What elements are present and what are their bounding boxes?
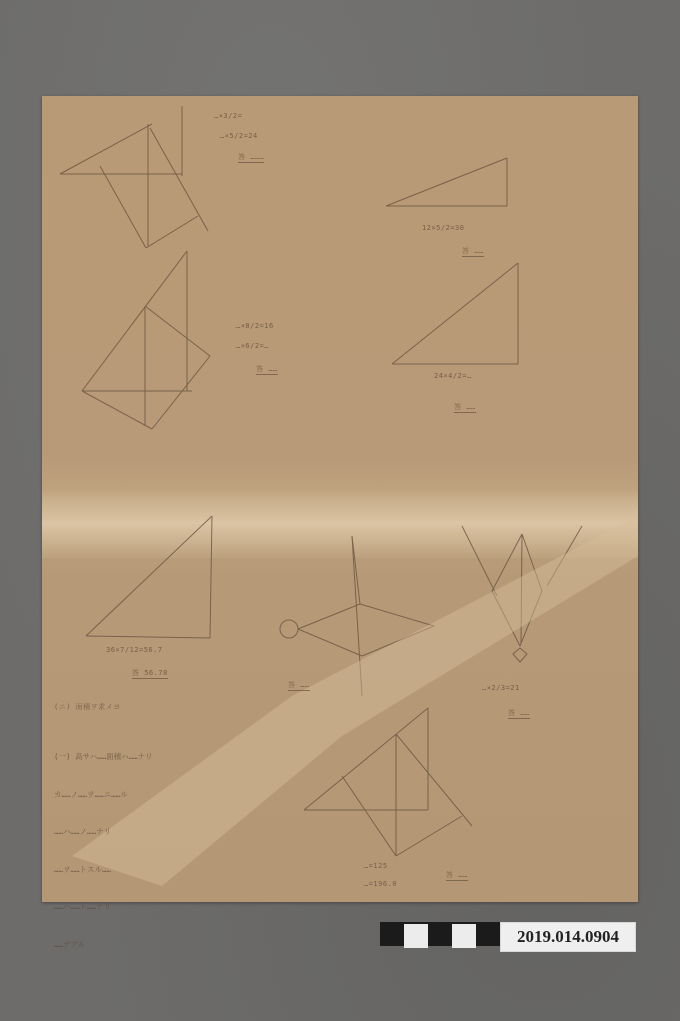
paragraph-line: ……ハ……ノ……ナリ	[54, 826, 264, 839]
calc-note: …×2/3=21	[482, 684, 520, 692]
calc-note: …×5/2=24	[220, 132, 258, 140]
accession-number-label: 2019.014.0904	[500, 922, 636, 952]
diagram-top-right-triangle	[386, 158, 507, 206]
answer-note: 答 ……	[462, 246, 484, 257]
handwritten-paragraph: (一) 高サハ……面積ハ……ナリ カ……ノ……ヲ……ニ……ル ……ハ……ノ……ナ…	[54, 726, 264, 976]
calc-note: …×8/2=16	[236, 322, 274, 330]
calc-note: …×6/2=…	[236, 342, 269, 350]
diagram-top-left-construction	[60, 106, 208, 248]
calc-note: …=196.0	[364, 880, 397, 888]
diagram-mid-left-rhombus	[82, 251, 210, 429]
paragraph-line: カ……ノ……ヲ……ニ……ル	[54, 789, 264, 802]
answer-note: 答 ……	[446, 870, 468, 881]
paragraph-line: (一) 高サハ……面積ハ……ナリ	[54, 751, 264, 764]
answer-note: 答 56.78	[132, 668, 168, 679]
paragraph-heading: (ニ) 面積ヲ求メヨ	[54, 702, 121, 712]
color-scale-bar	[380, 922, 500, 946]
paragraph-line: ……デアル	[54, 939, 264, 952]
calc-note: …=125	[364, 862, 388, 870]
calc-note: 36×7/12=56.7	[106, 646, 163, 654]
diagram-mid-right-triangle	[392, 263, 518, 364]
diagram-lower-left-triangle	[86, 516, 212, 638]
calc-note: 12×5/2=30	[422, 224, 464, 232]
calc-note: 24×4/2=…	[434, 372, 472, 380]
answer-note: 答 ……	[454, 402, 476, 413]
worksheet-paper: …×3/2= …×5/2=24 答 ……… 12×5/2=30 答 …… …×8…	[42, 96, 638, 902]
answer-note: 答 ……	[288, 680, 310, 691]
paragraph-line: ……ヲ……トスル……	[54, 864, 264, 877]
answer-note: 答 ………	[238, 152, 264, 163]
answer-note: 答 ……	[256, 364, 278, 375]
calc-note: …×3/2=	[214, 112, 242, 120]
paragraph-line: ……ハ……ト……ナリ	[54, 901, 264, 914]
answer-note: 答 ……	[508, 708, 530, 719]
